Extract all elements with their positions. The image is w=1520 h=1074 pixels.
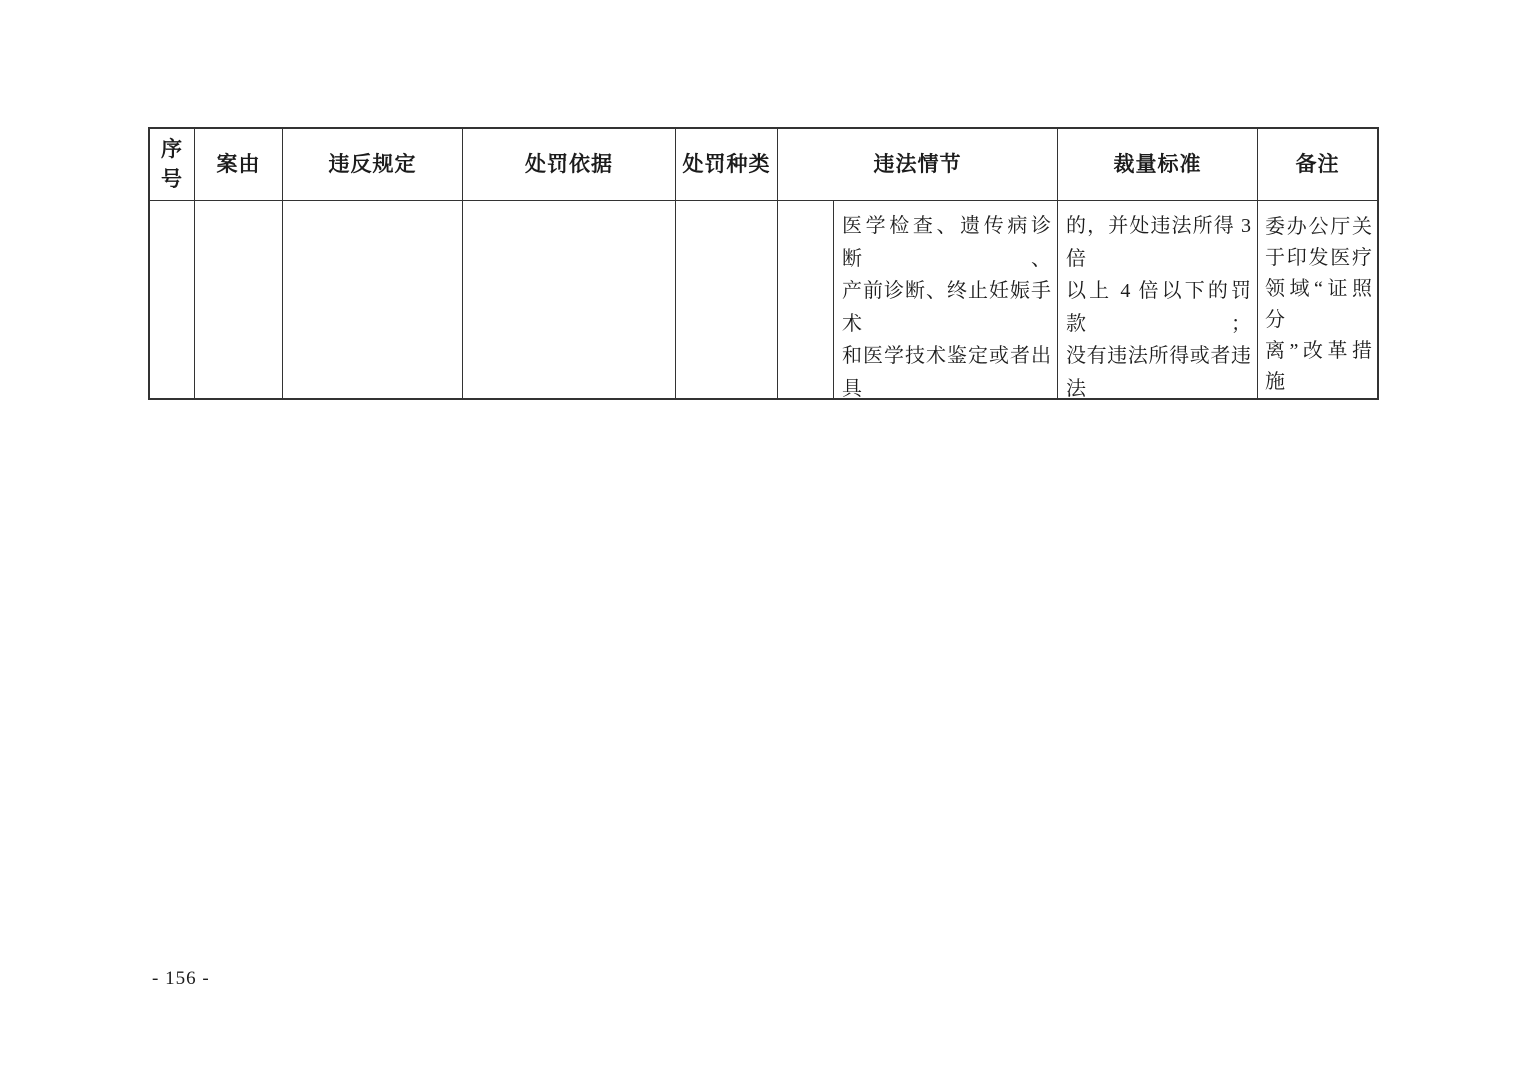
text-line: 医学检查、遗传病诊断、 — [842, 210, 1051, 275]
text-line: 以上 4 倍以下的罚款； — [1066, 275, 1251, 340]
col-header-remarks-label: 备注 — [1296, 150, 1340, 180]
col-header-serial: 序号 — [150, 129, 195, 201]
text-line: 没有违法所得或者违法 — [1066, 340, 1251, 398]
page-number: - 156 - — [152, 968, 210, 990]
penalty-discretion-table: 序号 案由 违反规定 处罚依据 处罚种类 违法情节 裁量标准 备注 医学检查、遗… — [148, 127, 1379, 400]
cell-violated-provision — [283, 201, 463, 398]
cell-remarks: 委办公厅关于印发医疗领域“证照分离”改革措施有关规定执行。 — [1258, 201, 1377, 398]
text-line: 离”改革措施 — [1265, 336, 1372, 398]
text-line: 和医学技术鉴定或者出具 — [842, 340, 1051, 398]
col-header-illegal-circumstances-label: 违法情节 — [874, 150, 962, 180]
col-header-cause-label: 案由 — [217, 150, 261, 180]
cell-penalty-type — [676, 201, 778, 398]
col-header-discretion-standard-label: 裁量标准 — [1114, 150, 1202, 180]
col-header-penalty-basis-label: 处罚依据 — [525, 150, 613, 180]
document-page: 序号 案由 违反规定 处罚依据 处罚种类 违法情节 裁量标准 备注 医学检查、遗… — [0, 0, 1520, 1074]
col-header-discretion-standard: 裁量标准 — [1058, 129, 1258, 201]
col-header-violated-provision-label: 违反规定 — [329, 150, 417, 180]
cell-penalty-basis — [463, 201, 676, 398]
col-header-illegal-circumstances: 违法情节 — [778, 129, 1058, 201]
text-line: 领域“证照分 — [1265, 274, 1372, 336]
text-line: 委办公厅关 — [1265, 212, 1372, 243]
cell-serial — [150, 201, 195, 398]
cell-discretion-standard: 的，并处违法所得 3 倍以上 4 倍以下的罚款；没有违法所得或者违法所得不足 5… — [1058, 201, 1258, 398]
col-header-serial-label: 序号 — [159, 135, 185, 195]
col-header-penalty-type-label: 处罚种类 — [683, 150, 771, 180]
cell-illegal-circumstances: 医学检查、遗传病诊断、产前诊断、终止妊娠手术和医学技术鉴定或者出具有关医学证明的… — [834, 201, 1058, 398]
col-header-violated-provision: 违反规定 — [283, 129, 463, 201]
text-line: 产前诊断、终止妊娠手术 — [842, 275, 1051, 340]
text-line: 的，并处违法所得 3 倍 — [1066, 210, 1251, 275]
cell-illegal-circumstances-sub-blank — [778, 201, 834, 398]
col-header-penalty-type: 处罚种类 — [676, 129, 778, 201]
cell-cause — [195, 201, 283, 398]
col-header-cause: 案由 — [195, 129, 283, 201]
col-header-remarks: 备注 — [1258, 129, 1377, 201]
col-header-penalty-basis: 处罚依据 — [463, 129, 676, 201]
text-line: 于印发医疗 — [1265, 243, 1372, 274]
